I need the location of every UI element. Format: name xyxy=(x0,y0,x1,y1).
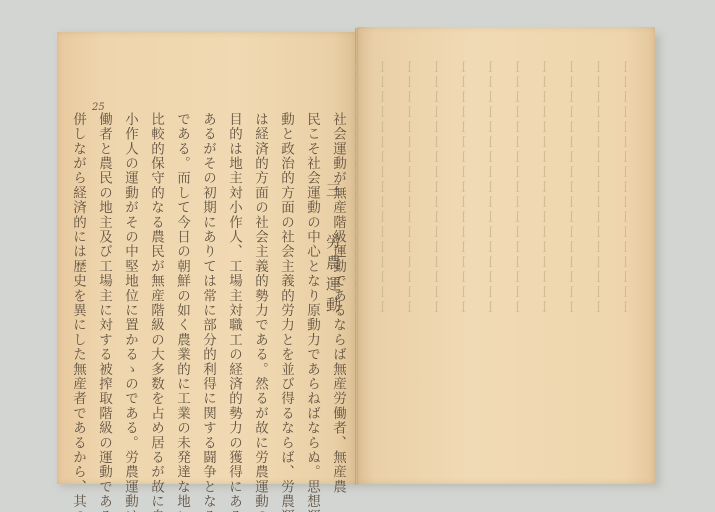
bleed-column: ｌｌｌｌｌｌｌｌｌｌｌｌｌｌｌｌｌ xyxy=(348,60,368,420)
text-column: 働者と農民の地主及び工場主に対する被搾取階級の運動である。 xyxy=(94,112,114,482)
bleed-column: ｌｌｌｌｌｌｌｌｌｌｌｌｌｌｌｌｌ xyxy=(483,60,503,420)
text-column: 動と政治的方面の社会主義的労力とを並び得るならば、労農運動 xyxy=(276,112,296,482)
bleed-column: ｌｌｌｌｌｌｌｌｌｌｌｌｌｌｌｌｌ xyxy=(456,60,476,420)
bleed-column: ｌｌｌｌｌｌｌｌｌｌｌｌｌｌｌｌｌ xyxy=(375,60,395,420)
text-column: 社会運動が無産階級運動であるならば無産労働者、無産農 xyxy=(328,112,348,482)
manuscript-text: 社会運動が無産階級運動であるならば無産労働者、無産農 民こそ社会運動の中心となり… xyxy=(78,112,348,482)
text-column: は経済的方面の社会主義的勢力である。然るが故に労農運動の xyxy=(250,112,270,482)
bleed-column: ｌｌｌｌｌｌｌｌｌｌｌｌｌｌｌｌｌ xyxy=(618,60,638,420)
bleed-through-text: ｌｌｌｌｌｌｌｌｌｌｌｌｌｌｌｌｌ ｌｌｌｌｌｌｌｌｌｌｌｌｌｌｌｌｌ ｌｌｌｌ… xyxy=(376,60,638,420)
bleed-column: ｌｌｌｌｌｌｌｌｌｌｌｌｌｌｌｌｌ xyxy=(537,60,557,420)
text-column: 目的は地主対小作人、工場主対職工の経済的勢力の獲得にあるが xyxy=(224,112,244,482)
bleed-column: ｌｌｌｌｌｌｌｌｌｌｌｌｌｌｌｌｌ xyxy=(564,60,584,420)
bleed-column: ｌｌｌｌｌｌｌｌｌｌｌｌｌｌｌｌｌ xyxy=(591,60,611,420)
text-column: 小作人の運動がその中堅地位に置かるゝのである。労農運動は労 xyxy=(120,112,140,482)
text-column: 民こそ社会運動の中心となり原動力であらねばならぬ。思想運 xyxy=(302,112,322,482)
bleed-column: ｌｌｌｌｌｌｌｌｌｌｌｌｌｌｌｌｌ xyxy=(429,60,449,420)
text-column: あるがその初期にありては常に部分的利得に関する闘争となるの xyxy=(198,112,218,482)
bleed-column: ｌｌｌｌｌｌｌｌｌｌｌｌｌｌｌｌｌ xyxy=(402,60,422,420)
text-column: 併しながら経済的には歴史を異にした無産者であるから、其の個人としては xyxy=(68,112,88,482)
text-column: 比較的保守的なる農民が無産階級の大多数を占め居るが故に自然 xyxy=(146,112,166,482)
text-column: である。而して今日の朝鮮の如く農業的に工業の未発達な地に於ては xyxy=(172,112,192,482)
bleed-column: ｌｌｌｌｌｌｌｌｌｌｌｌｌｌｌｌｌ xyxy=(510,60,530,420)
